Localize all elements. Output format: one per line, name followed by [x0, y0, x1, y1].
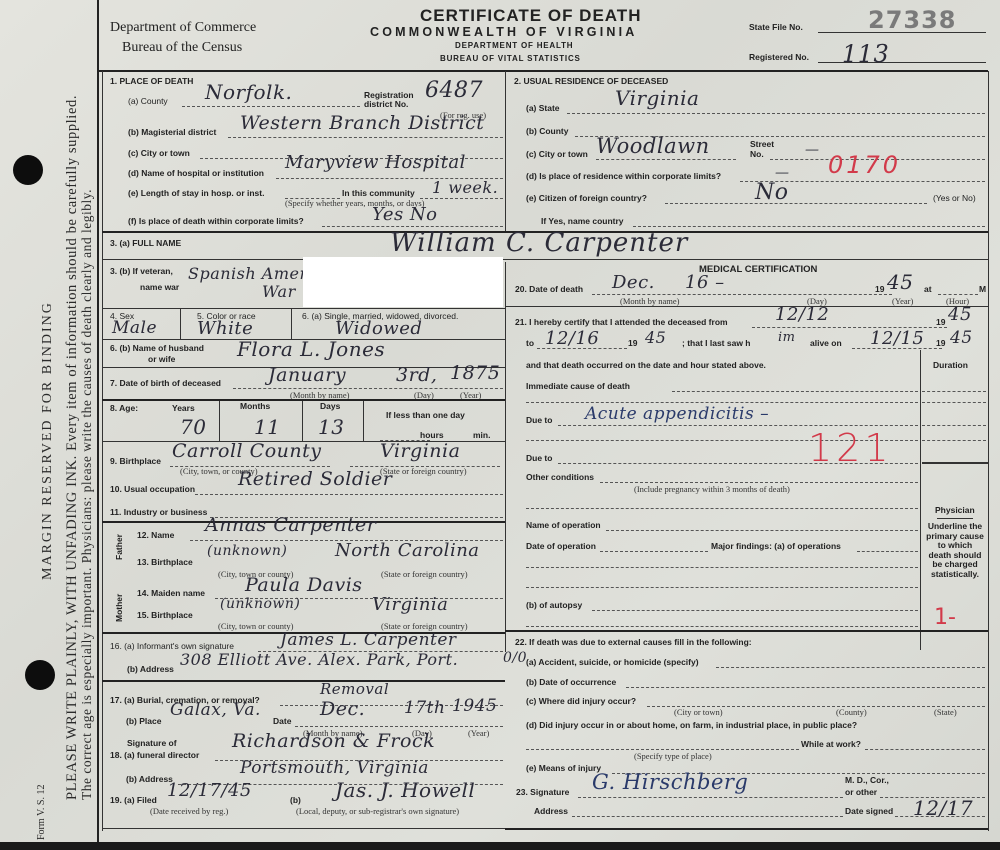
race-marital-divider	[291, 309, 292, 339]
mother-side-label: Mother	[114, 594, 124, 622]
duration-column-border	[920, 350, 921, 650]
alive-on-label: alive on	[810, 338, 842, 348]
form-number: Form V. S. 12	[36, 785, 47, 840]
other-conditions-line	[600, 482, 918, 483]
father-side-label: Father	[114, 534, 124, 560]
res-corporate-value: —	[775, 165, 790, 181]
death-date-label: 20. Date of death	[515, 284, 583, 294]
place-type-label: (d) Did injury occur in or about home, o…	[526, 720, 857, 730]
res-city-label: (c) City or town	[526, 149, 588, 159]
alive-year-prefix: 19	[936, 338, 945, 348]
where-state-note: (State)	[934, 707, 957, 717]
burial-date-line	[295, 726, 503, 727]
community-value: 1 week.	[432, 178, 498, 197]
header-rule	[99, 70, 988, 72]
duration-line-2	[922, 402, 986, 403]
informant-signature: James L. Carpenter	[280, 630, 457, 650]
informant-address-label: (b) Address	[127, 664, 174, 674]
duration-line-1	[922, 391, 986, 392]
physician-underline	[937, 518, 973, 519]
death-hour-line	[938, 294, 978, 295]
physician-label: Physician	[935, 505, 975, 515]
age-label: 8. Age:	[110, 403, 138, 413]
md-title-label-1: M. D., Cor.,	[845, 775, 889, 785]
certificate-title: CERTIFICATE OF DEATH	[420, 6, 641, 26]
filed-label: 19. (a) Filed	[110, 795, 157, 805]
county-label: (a) County	[128, 96, 168, 106]
age-years-value: 70	[180, 415, 206, 439]
occurred-text: and that death occurred on the date and …	[526, 360, 766, 370]
corporate-limits-label: (f) Is place of death within corporate l…	[128, 216, 304, 226]
name-rule	[102, 259, 988, 260]
where-label: (c) Where did injury occur?	[526, 696, 636, 706]
findings-line	[857, 551, 918, 552]
dob-rule	[102, 399, 505, 401]
to-year: 45	[645, 328, 666, 347]
veteran-label-2: name war	[140, 282, 179, 292]
external-title: 22. If death was due to external causes …	[515, 637, 752, 647]
citizen-value: No	[755, 180, 789, 205]
stay-label: (e) Length of stay in hosp. or inst.	[128, 188, 264, 198]
if-yes-line	[633, 226, 985, 227]
from-year: 45	[948, 304, 972, 325]
age-div-3	[363, 401, 364, 441]
county-value: Norfolk.	[205, 80, 292, 104]
min-label: min.	[473, 430, 490, 440]
bureau-census: Bureau of the Census	[122, 40, 242, 56]
father-birthplace-state: North Carolina	[335, 540, 480, 561]
means-label: (e) Means of injury	[526, 763, 601, 773]
funeral-sig-label: Signature of	[127, 738, 177, 748]
binding-note: MARGIN RESERVED FOR BINDING	[40, 301, 56, 580]
registered-label: Registered No.	[749, 52, 809, 62]
attended-from: 12/12	[775, 304, 829, 325]
birthplace-state: Virginia	[380, 440, 460, 462]
res-state-label: (a) State	[526, 103, 560, 113]
autopsy-label: (b) of autopsy	[526, 600, 582, 610]
where-city-note: (City or town)	[674, 707, 723, 717]
immediate-cause-label: Immediate cause of death	[526, 381, 630, 391]
physician-signature: G. Hirschberg	[592, 770, 748, 794]
full-name-label: 3. (a) FULL NAME	[110, 238, 181, 248]
registrar-note: (Local, deputy, or sub-registrar's own s…	[296, 806, 459, 816]
center-divider-top	[505, 71, 506, 231]
age-years-label: Years	[172, 403, 195, 413]
death-month-note: (Month by name)	[620, 296, 680, 306]
autopsy-line	[592, 610, 918, 611]
father-name-label: 12. Name	[137, 530, 174, 540]
funeral-director-value: Richardson & Frock	[232, 730, 435, 752]
full-name-value: William C. Carpenter	[390, 228, 688, 258]
medical-bottom-rule	[505, 630, 988, 632]
burial-date-label: Date	[273, 716, 291, 726]
citizen-line	[665, 203, 927, 204]
other-conditions-label: Other conditions	[526, 472, 594, 482]
sig-address-line	[572, 816, 843, 817]
veteran-war-line-2: War	[262, 282, 296, 301]
death-date-line	[592, 294, 892, 295]
immediate-line	[672, 391, 918, 392]
operation-date-line	[600, 551, 708, 552]
death-at-label: at	[924, 284, 932, 294]
race-value: White	[197, 318, 253, 339]
city-label: (c) City or town	[128, 148, 190, 158]
age-div-1	[219, 401, 220, 441]
occupation-value: Retired Soldier	[238, 468, 392, 490]
cause-code-stamp: 121	[808, 426, 893, 470]
age-days-value: 13	[318, 415, 344, 439]
res-city-value: Woodlawn	[596, 134, 710, 158]
date-signed-label: Date signed	[845, 806, 893, 816]
at-work-label: While at work?	[801, 739, 861, 749]
department-of-health: DEPARTMENT OF HEALTH	[455, 41, 573, 50]
father-state-note: (State or foreign country)	[381, 569, 468, 579]
dob-month: January	[268, 364, 346, 386]
underline-note: Underline the primary cause to which dea…	[926, 522, 984, 579]
mother-birthplace-state: Virginia	[372, 594, 448, 615]
res-state-value: Virginia	[615, 86, 699, 110]
community-line	[420, 198, 503, 199]
burial-place-value: Galax, Va.	[170, 700, 261, 720]
dob-year: 1875	[450, 362, 500, 384]
res-city-line	[596, 159, 736, 160]
veteran-label-1: 3. (b) If veteran,	[110, 266, 173, 276]
burial-place-label: (b) Place	[126, 716, 161, 726]
immediate-line-2	[526, 402, 918, 403]
mother-maiden-label: 14. Maiden name	[137, 588, 205, 598]
center-divider-bottom	[505, 262, 506, 652]
father-birthplace-label: 13. Birthplace	[137, 557, 193, 567]
father-name-value: Annas Carpenter	[205, 514, 376, 536]
left-margin: MARGIN RESERVED FOR BINDING PLEASE WRITE…	[0, 0, 100, 842]
duration-line-3	[922, 425, 986, 426]
corporate-value: Yes No	[372, 204, 438, 225]
reg-district-label-2: district No.	[364, 99, 408, 109]
mother-birthplace-city: (unknown)	[220, 596, 300, 612]
date-signed-value: 12/17	[913, 796, 973, 820]
attended-to: 12/16	[545, 328, 599, 349]
burial-method-value: Removal	[320, 680, 389, 698]
dob-label: 7. Date of birth of deceased	[110, 378, 221, 388]
at-work-line	[865, 749, 985, 750]
sex-race-divider	[180, 309, 181, 339]
residence-code-stamp: 0170	[828, 151, 901, 179]
father-birthplace-city: (unknown)	[207, 543, 287, 559]
death-date-rule	[505, 306, 988, 307]
informant-address: 308 Elliott Ave. Alex. Park, Port.	[180, 650, 458, 669]
due-to-2-label: Due to	[526, 453, 552, 463]
signature-label: 23. Signature	[516, 787, 569, 797]
occupation-line	[195, 494, 503, 495]
death-year-prefix: 19	[875, 284, 884, 294]
magisterial-line	[228, 137, 503, 138]
autopsy-line-2	[526, 626, 918, 627]
birthplace-state-note: (State or foreign country)	[380, 466, 467, 476]
sex-value: Male	[112, 318, 157, 338]
accident-line	[716, 667, 985, 668]
street-label-1: Street	[750, 139, 774, 149]
magisterial-label: (b) Magisterial district	[128, 127, 216, 137]
due-to-1-label: Due to	[526, 415, 552, 425]
sig-address-label: Address	[534, 806, 568, 816]
occurrence-date-line	[626, 687, 985, 688]
age-months-label: Months	[240, 401, 270, 411]
marital-value: Widowed	[335, 318, 422, 339]
age-months-value: 11	[254, 415, 280, 439]
corporate-line	[322, 226, 503, 227]
burial-month: Dec.	[320, 698, 365, 720]
registrar-signature: Jas. J. Howell	[335, 778, 475, 802]
burial-year: 1945	[452, 696, 497, 716]
filed-note: (Date received by reg.)	[150, 806, 228, 816]
place-type-line	[526, 749, 799, 750]
funeral-director-label: 18. (a) funeral director	[110, 750, 199, 760]
bottom-rule-left	[102, 828, 505, 829]
external-side-mark: 0/0	[503, 650, 527, 666]
to-year-prefix: 19	[628, 338, 637, 348]
scan-edge	[0, 842, 1000, 850]
citizen-label: (e) Citizen of foreign country?	[526, 193, 647, 203]
spouse-label-1: 6. (b) Name of husband	[110, 343, 204, 353]
death-year-note: (Year)	[892, 296, 913, 306]
margin-border	[97, 0, 99, 842]
accident-label: (a) Accident, suicide, or homicide (spec…	[526, 657, 699, 667]
due-to-1-value: Acute appendicitis –	[585, 404, 769, 424]
findings-line-2	[526, 567, 918, 568]
burial-day: 17th	[404, 698, 445, 718]
to-label: to	[526, 338, 534, 348]
operation-name-label: Name of operation	[526, 520, 601, 530]
funeral-address-label: (b) Address	[126, 774, 173, 784]
signature-line	[578, 797, 843, 798]
age-div-2	[302, 401, 303, 441]
industry-label: 11. Industry or business	[110, 507, 207, 517]
funeral-address-value: Portsmouth, Virginia	[240, 758, 429, 778]
death-year: 45	[887, 270, 913, 294]
death-day: 16 –	[685, 272, 725, 293]
occupation-label: 10. Usual occupation	[110, 484, 195, 494]
commonwealth-title: COMMONWEALTH OF VIRGINIA	[370, 25, 638, 39]
duration-line-4	[922, 440, 986, 441]
dob-line	[233, 388, 503, 389]
md-title-label-2: or other	[845, 787, 877, 797]
right-box-border	[988, 71, 989, 831]
burial-year-note: (Year)	[468, 728, 489, 738]
if-yes-label: If Yes, name country	[541, 216, 624, 226]
birthplace-city: Carroll County	[172, 440, 321, 462]
bottom-rule-right	[505, 828, 988, 830]
specify-place-note: (Specify type of place)	[634, 751, 712, 761]
res-county-label: (b) County	[526, 126, 569, 136]
magisterial-value: Western Branch District	[240, 112, 484, 134]
spouse-label-2: or wife	[148, 354, 175, 364]
dob-day: 3rd,	[396, 364, 437, 386]
alive-on: 12/15	[870, 328, 924, 349]
death-m-label: M	[979, 284, 986, 294]
physician-mark: 1-	[934, 605, 956, 630]
birthplace-label: 9. Birthplace	[110, 456, 161, 466]
informant-rule	[102, 680, 505, 682]
registrar-label: (b)	[290, 795, 301, 805]
state-file-label: State File No.	[749, 22, 803, 32]
reg-district-value: 6487	[425, 78, 483, 103]
less-than-day: If less than one day	[386, 410, 465, 420]
duration-label: Duration	[933, 360, 968, 370]
street-label-2: No.	[750, 149, 764, 159]
redaction-box	[303, 257, 503, 307]
county-line	[182, 106, 360, 107]
hospital-value: Maryview Hospital	[285, 152, 466, 173]
last-saw-pronoun: im	[778, 330, 796, 345]
street-value: —	[805, 142, 820, 158]
duration-thick-rule	[922, 462, 988, 464]
yes-no-note: (Yes or No)	[933, 193, 976, 203]
from-year-prefix: 19	[936, 317, 945, 327]
filed-value: 12/17/45	[167, 780, 252, 801]
other-conditions-line-2	[526, 508, 918, 509]
mother-birthplace-label: 15. Birthplace	[137, 610, 193, 620]
instruction-line-2: The correct age is especially important.…	[79, 189, 95, 800]
operation-name-line	[606, 530, 918, 531]
state-file-number: 27338	[868, 6, 957, 34]
age-days-label: Days	[320, 401, 340, 411]
place-of-death-label: 1. PLACE OF DEATH	[110, 76, 193, 86]
res-state-line	[567, 113, 985, 114]
veteran-rule	[102, 308, 505, 309]
certify-label: 21. I hereby certify that I attended the…	[515, 317, 728, 327]
occurrence-date-label: (b) Date of occurrence	[526, 677, 616, 687]
hospital-label: (d) Name of hospital or institution	[128, 168, 264, 178]
death-month: Dec.	[612, 272, 655, 293]
alive-year: 45	[950, 328, 973, 348]
registered-number: 113	[842, 40, 889, 68]
major-findings-label: Major findings: (a) of operations	[711, 541, 841, 551]
community-label: In this community	[342, 188, 415, 198]
spouse-value: Flora L. Jones	[237, 337, 385, 361]
last-saw-label: ; that I last saw h	[682, 338, 751, 348]
operation-date-label: Date of operation	[526, 541, 596, 551]
residence-label: 2. USUAL RESIDENCE OF DECEASED	[514, 76, 668, 86]
dept-commerce: Department of Commerce	[110, 20, 256, 36]
res-corporate-label: (d) Is place of residence within corpora…	[526, 171, 721, 181]
hours-label: hours	[420, 430, 444, 440]
pregnancy-note: (Include pregnancy within 3 months of de…	[634, 484, 790, 494]
where-county-note: (County)	[836, 707, 867, 717]
findings-line-3	[526, 587, 918, 588]
mother-maiden-value: Paula Davis	[245, 574, 363, 596]
left-box-border	[102, 71, 103, 831]
bureau-vital-statistics: BUREAU OF VITAL STATISTICS	[440, 54, 581, 63]
